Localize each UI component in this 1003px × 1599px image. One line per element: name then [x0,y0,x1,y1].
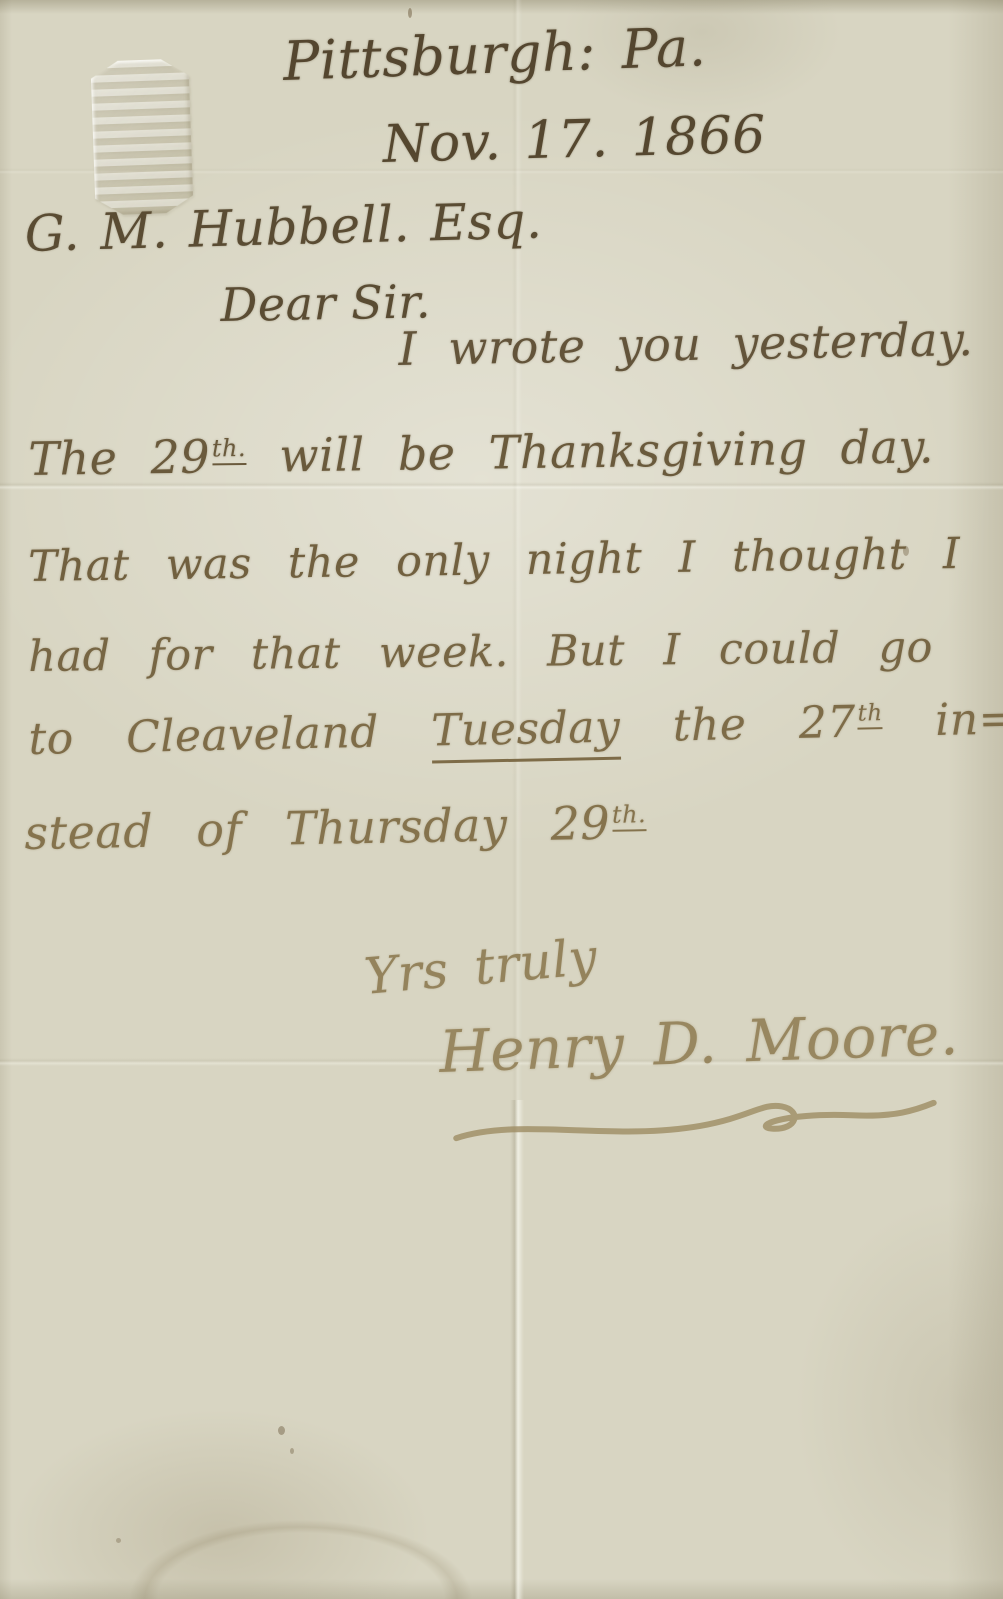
body-line-5-text: stead of Thursday 29 [24,796,611,860]
body-line-2: That was the only night I thought I [28,529,961,592]
embossed-seal [90,58,193,215]
body-line-4: to Cleaveland Tuesday the 27th in= [28,693,1003,765]
ink-speck [278,1426,285,1435]
superscript-th: th [857,700,883,730]
underlined-word: Tuesday [431,702,621,764]
date-line: Nov. 17. 1866 [382,105,767,175]
body-line-1-text: The 29 [28,429,210,486]
superscript-th: th. [212,434,247,465]
body-line-4-text: in= [882,693,1003,747]
vertical-fold-crease-lower [510,1100,524,1599]
closing-line: Yrs truly [362,928,600,1006]
ink-speck [408,8,412,18]
place-line: Pittsburgh: Pa. [282,15,707,93]
signature-line: Henry D. Moore. [438,1000,960,1086]
body-line-1-text: will be Thanksgiving day. [246,419,934,483]
ink-speck [116,1538,121,1543]
body-line-1: The 29th. will be Thanksgiving day. [28,419,934,486]
body-line-4-text: to Cleaveland [28,706,432,765]
ink-speck [290,1448,294,1454]
letter-page: Pittsburgh: Pa. Nov. 17. 1866 G. M. Hubb… [0,0,1003,1599]
addressee-line: G. M. Hubbell. Esq. [24,191,543,263]
body-line-3: had for that week. But I could go [28,623,933,682]
body-line-5: stead of Thursday 29th. [24,795,647,860]
signature-flourish [450,1088,941,1157]
opening-line: I wrote you yesterday. [398,312,974,376]
superscript-th: th. [612,800,647,832]
body-line-4-text: the 27 [620,697,857,753]
